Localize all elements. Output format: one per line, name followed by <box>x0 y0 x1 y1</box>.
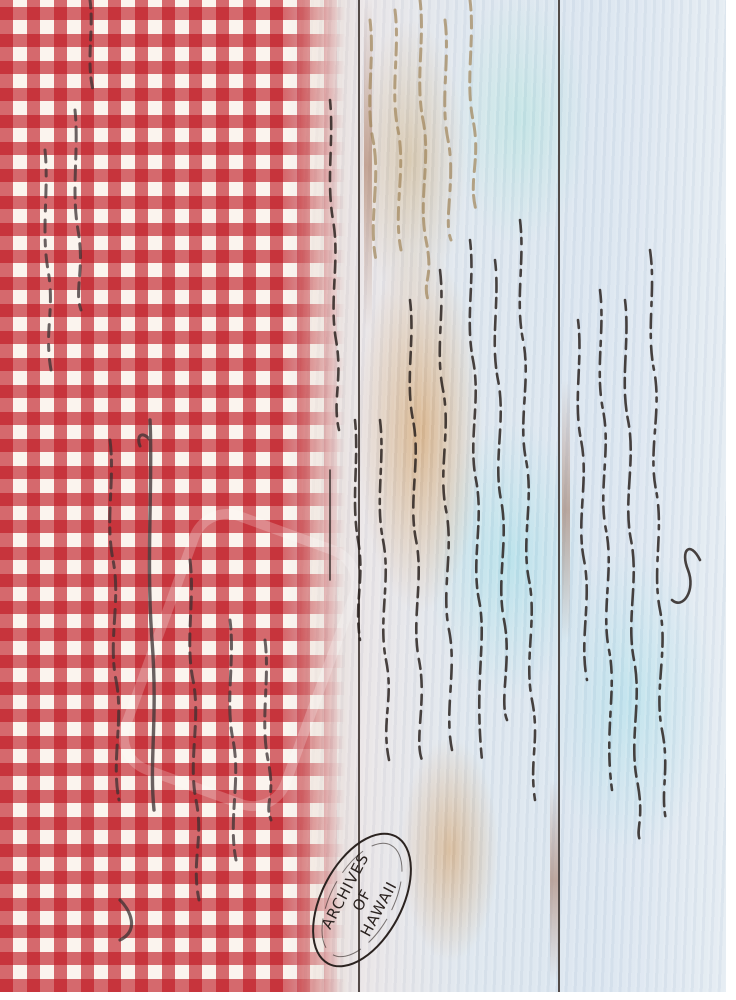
handwritten-script-overlay: ARCHIVES OF HAWAII <box>0 0 726 992</box>
collage-canvas: ARCHIVES OF HAWAII <box>0 0 726 992</box>
archives-of-hawaii-stamp: ARCHIVES OF HAWAII <box>293 818 431 983</box>
